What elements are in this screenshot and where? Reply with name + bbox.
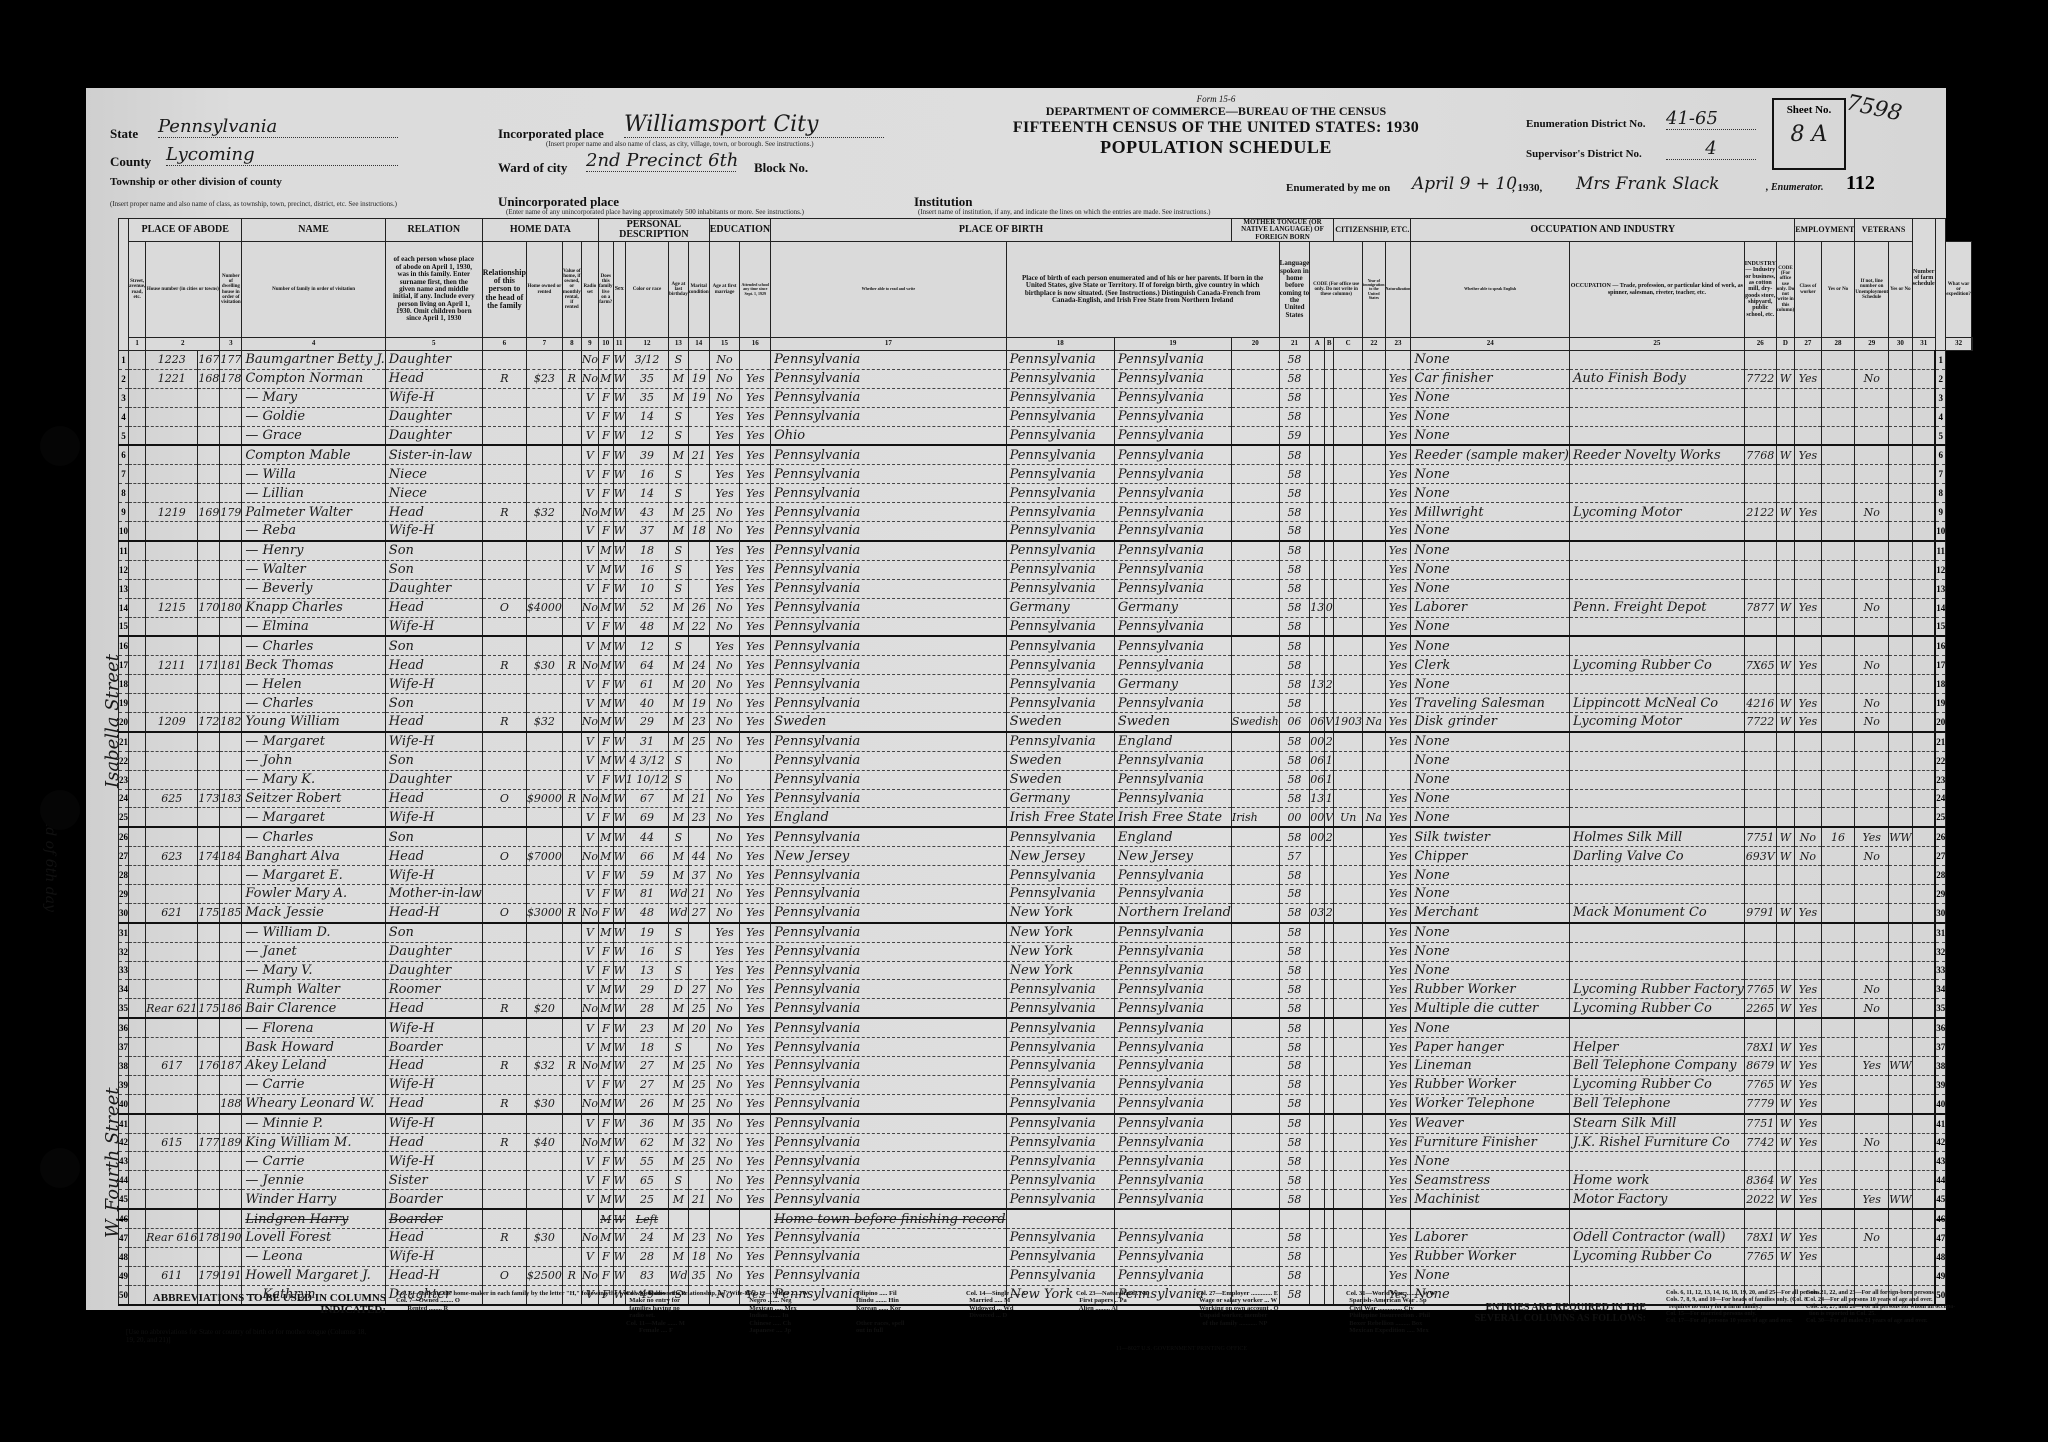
dwelling-number-cell [198,732,220,751]
farm-schedule-cell [1912,426,1935,445]
table-row: 12— WalterSonVMW16SYesYesPennsylvaniaPen… [119,560,1973,579]
house-number-cell [146,961,198,980]
home-value-cell [526,484,562,503]
age-cell: 66 [625,847,668,866]
home-owned-cell [482,426,526,445]
attended-school-cell: No [709,751,740,770]
code-c-cell: 0 [1325,598,1334,617]
birthplace-father-cell: Pennsylvania [1006,1056,1114,1075]
birthplace-person-cell: Pennsylvania [771,1247,1006,1266]
column-number: 13 [669,338,689,351]
occupation-cell: Reeder (sample maker) [1411,445,1570,464]
house-number-cell [146,1190,198,1209]
unemployment-line-cell [1821,847,1855,866]
veteran-cell [1855,1152,1889,1171]
marital-status-cell: M [669,1247,689,1266]
birthplace-father-cell: Pennsylvania [1006,522,1114,541]
immigration-year-cell [1334,942,1363,961]
sex-cell: F [598,407,613,426]
industry-cell: Lycoming Rubber Factory [1570,980,1745,999]
read-write-cell: Yes [740,1190,771,1209]
age-cell: 39 [625,445,668,464]
sex-cell: F [598,484,613,503]
column-number: 28 [1821,338,1855,351]
attended-school-cell: No [709,351,740,370]
birthplace-person-cell: Pennsylvania [771,827,1006,846]
radio-set-cell [562,1094,581,1113]
home-value-cell: $32 [526,712,562,731]
birthplace-mother-cell: Pennsylvania [1114,465,1231,484]
home-value-cell [526,961,562,980]
line-number-right: 32 [1935,942,1946,961]
township-note: (Insert proper name and also name of cla… [110,200,397,208]
read-write-cell: Yes [740,656,771,675]
class-of-worker-cell: W [1776,1056,1795,1075]
birthplace-mother-cell: Pennsylvania [1114,1229,1231,1248]
incorporated-note: (Insert proper name and also name of cla… [546,140,814,148]
birthplace-father-cell: Pennsylvania [1006,351,1114,370]
mother-tongue-cell [1231,1018,1279,1037]
read-write-cell: Yes [740,1171,771,1190]
farm-schedule-cell [1912,1171,1935,1190]
veteran-cell [1855,1209,1889,1228]
attended-school-cell: No [709,1114,740,1133]
race-cell: W [613,980,625,999]
house-number-cell: 1209 [146,712,198,731]
birthplace-person-cell: Pennsylvania [771,732,1006,751]
sex-cell: M [598,1094,613,1113]
immigration-year-cell [1334,1114,1363,1133]
veteran-cell [1855,789,1889,808]
occupation-cell: Rubber Worker [1411,1075,1570,1094]
family-number-cell [220,827,242,846]
dwelling-number-cell: 167 [198,351,220,370]
home-value-cell: $40 [526,1133,562,1152]
farm-cell: V [581,961,598,980]
radio-set-cell [562,1171,581,1190]
code-a-cell: 58 [1279,923,1310,942]
mother-tongue-cell [1231,1190,1279,1209]
code-c-cell [1325,579,1334,598]
age-first-marriage-cell [688,636,709,655]
family-number-cell: 191 [220,1266,242,1285]
farm-cell: No [581,503,598,522]
table-row: 21221168178Compton NormanHeadR$23RNoMW35… [119,369,1973,388]
enumerated-label: Enumerated by me on [1286,182,1390,194]
table-row: 141215170180Knapp CharlesHeadO$4000NoMW5… [119,598,1973,617]
line-number: 29 [119,884,129,903]
read-write-cell: Yes [740,598,771,617]
header-age: Age at last birthday [669,242,689,338]
table-row: 5— GraceDaughterVFW12SYesYesOhioPennsylv… [119,426,1973,445]
attended-school-cell: No [709,598,740,617]
relationship-cell: Daughter [385,426,482,445]
immigration-year-cell [1334,484,1363,503]
veteran-cell [1855,675,1889,694]
street-cell [129,484,146,503]
mother-tongue-cell [1231,1266,1279,1285]
veteran-cell: No [1855,656,1889,675]
header-house-number: House number (in cities or towns) [146,242,220,338]
farm-schedule-cell [1912,522,1935,541]
naturalization-cell [1363,923,1385,942]
code-c-cell [1325,999,1334,1018]
code-c-cell [1325,694,1334,713]
industry-cell [1570,351,1745,370]
industry-cell: Bell Telephone Company [1570,1056,1745,1075]
family-number-cell: 189 [220,1133,242,1152]
house-number-cell [146,808,198,827]
immigration-year-cell [1334,1038,1363,1057]
marital-status-cell: S [669,827,689,846]
veteran-cell [1855,866,1889,885]
code-a-cell: 59 [1279,426,1310,445]
birthplace-father-cell: Pennsylvania [1006,1190,1114,1209]
age-cell: 40 [625,694,668,713]
farm-schedule-cell [1912,980,1935,999]
code-c-cell [1325,980,1334,999]
birthplace-person-cell: Pennsylvania [771,484,1006,503]
line-number: 7 [119,465,129,484]
column-number: 26 [1744,338,1776,351]
line-number-right: 2 [1935,369,1946,388]
block-label: Block No. [754,160,808,176]
code-d-cell: 7877 [1744,598,1776,617]
table-row: 29Fowler Mary A.Mother-in-lawVFW81Wd21No… [119,884,1973,903]
dwelling-number-cell [198,808,220,827]
street-cell [129,884,146,903]
birthplace-mother-cell: Pennsylvania [1114,1056,1231,1075]
birthplace-father-cell: Sweden [1006,770,1114,789]
at-work-cell [1795,617,1821,636]
street-cell [129,942,146,961]
occupation-cell: None [1411,751,1570,770]
veteran-cell [1855,636,1889,655]
dwelling-number-cell [198,465,220,484]
home-owned-cell: R [482,1133,526,1152]
dwelling-number-cell: 179 [198,1266,220,1285]
table-row: 24625173183Seitzer RobertHeadO$9000RNoMW… [119,789,1973,808]
binder-hole [40,426,80,466]
age-cell: 35 [625,388,668,407]
unemployment-line-cell [1821,407,1855,426]
mother-tongue-cell [1231,636,1279,655]
age-cell: 29 [625,712,668,731]
dwelling-number-cell [198,866,220,885]
binder-hole [40,1148,80,1188]
relationship-cell: Son [385,694,482,713]
class-of-worker-cell [1776,1018,1795,1037]
birthplace-father-cell: Pennsylvania [1006,1075,1114,1094]
line-number: 38 [119,1056,129,1075]
birthplace-mother-cell: Pennsylvania [1114,617,1231,636]
occupation-cell: None [1411,1152,1570,1171]
state-label: State [110,126,138,142]
home-owned-cell [482,694,526,713]
at-work-cell: Yes [1795,980,1821,999]
unemployment-line-cell [1821,808,1855,827]
relationship-cell: Wife-H [385,732,482,751]
occupation-cell: None [1411,732,1570,751]
radio-set-cell: R [562,789,581,808]
race-cell: W [613,770,625,789]
speaks-english-cell: Yes [1385,484,1411,503]
class-of-worker-cell [1776,866,1795,885]
age-cell: 12 [625,636,668,655]
line-number-right: 19 [1935,694,1946,713]
read-write-cell: Yes [740,579,771,598]
farm-schedule-cell [1912,751,1935,770]
mother-tongue-cell [1231,598,1279,617]
street-cell [129,617,146,636]
race-cell: W [613,827,625,846]
speaks-english-cell: Yes [1385,1133,1411,1152]
veteran-cell: No [1855,694,1889,713]
age-first-marriage-cell: 23 [688,808,709,827]
at-work-cell: Yes [1795,445,1821,464]
dwelling-number-cell [198,1209,220,1228]
code-a-cell: 58 [1279,407,1310,426]
enumeration-district-label: Enumeration District No. [1526,118,1645,130]
house-number-cell [146,675,198,694]
naturalization-cell [1363,827,1385,846]
relationship-cell: Head [385,369,482,388]
column-number: 19 [1114,338,1231,351]
person-name-cell: Wheary Leonard W. [242,1094,385,1113]
footer-col31: Col. 31—World War .......... WW Spanish-… [1346,1290,1436,1335]
marital-status-cell: M [669,1133,689,1152]
immigration-year-cell [1334,445,1363,464]
sex-cell: F [598,1247,613,1266]
person-name-cell: — Margaret [242,808,385,827]
home-owned-cell [482,541,526,560]
dwelling-number-cell: 175 [198,999,220,1018]
speaks-english-cell [1385,770,1411,789]
farm-schedule-cell [1912,465,1935,484]
home-value-cell [526,866,562,885]
industry-cell [1570,789,1745,808]
veteran-cell [1855,1171,1889,1190]
mother-tongue-cell [1231,1247,1279,1266]
birthplace-mother-cell: Pennsylvania [1114,579,1231,598]
dwelling-number-cell: 173 [198,789,220,808]
marital-status-cell: M [669,503,689,522]
naturalization-cell [1363,1209,1385,1228]
read-write-cell: Yes [740,503,771,522]
immigration-year-cell [1334,560,1363,579]
class-of-worker-cell: W [1776,999,1795,1018]
class-of-worker-cell [1776,388,1795,407]
column-number: 5 [385,338,482,351]
war-cell [1889,903,1913,922]
mother-tongue-cell [1231,675,1279,694]
relationship-cell: Niece [385,484,482,503]
house-number-cell [146,923,198,942]
dwelling-number-cell [198,484,220,503]
relationship-cell: Wife-H [385,866,482,885]
speaks-english-cell: Yes [1385,445,1411,464]
at-work-cell [1795,579,1821,598]
dwelling-number-cell [198,942,220,961]
industry-cell: Mack Monument Co [1570,903,1745,922]
veteran-cell [1855,1094,1889,1113]
home-value-cell [526,541,562,560]
dwelling-number-cell [198,541,220,560]
read-write-cell: Yes [740,789,771,808]
street-cell [129,351,146,370]
speaks-english-cell: Yes [1385,827,1411,846]
marital-status-cell: S [669,465,689,484]
farm-schedule-cell [1912,675,1935,694]
house-number-cell [146,388,198,407]
house-number-cell: 1219 [146,503,198,522]
veteran-cell [1855,407,1889,426]
attended-school-cell: No [709,827,740,846]
read-write-cell: Yes [740,369,771,388]
unemployment-line-cell [1821,484,1855,503]
line-number: 2 [119,369,129,388]
enumerated-date: April 9 + 10 [1412,174,1517,194]
industry-cell [1570,751,1745,770]
radio-set-cell [562,1133,581,1152]
immigration-year-cell [1334,903,1363,922]
mother-tongue-cell [1231,923,1279,942]
unemployment-line-cell [1821,923,1855,942]
street-cell [129,636,146,655]
attended-school-cell: No [709,1152,740,1171]
war-cell [1889,1075,1913,1094]
street-cell [129,866,146,885]
naturalization-cell [1363,1056,1385,1075]
read-write-cell [740,351,771,370]
house-number-cell [146,426,198,445]
speaks-english-cell: Yes [1385,617,1411,636]
industry-cell [1570,541,1745,560]
unemployment-line-cell [1821,770,1855,789]
mother-tongue-cell [1231,1171,1279,1190]
immigration-year-cell [1334,1075,1363,1094]
street-cell [129,1114,146,1133]
sex-cell: F [598,445,613,464]
column-number: 31 [1912,338,1935,351]
at-work-cell [1795,770,1821,789]
dwelling-number-cell: 175 [198,903,220,922]
read-write-cell: Yes [740,866,771,885]
relationship-cell: Boarder [385,1038,482,1057]
farm-cell: V [581,579,598,598]
home-owned-cell [482,751,526,770]
age-cell: 4 3/12 [625,751,668,770]
age-first-marriage-cell [688,484,709,503]
line-number: 36 [119,1018,129,1037]
class-of-worker-cell [1776,617,1795,636]
table-row: 21— MargaretWife-HVFW31M25NoYesPennsylva… [119,732,1973,751]
unemployment-line-cell [1821,1190,1855,1209]
age-first-marriage-cell [688,1171,709,1190]
code-c-cell [1325,1056,1334,1075]
race-cell: W [613,999,625,1018]
table-row: 47Rear 616178190Lovell ForestHeadR$30NoM… [119,1229,1973,1248]
sex-cell: F [598,388,613,407]
line-number-right: 44 [1935,1171,1946,1190]
immigration-year-cell [1334,351,1363,370]
home-value-cell [526,351,562,370]
immigration-year-cell [1334,1018,1363,1037]
unemployment-line-cell [1821,656,1855,675]
birthplace-father-cell: Pennsylvania [1006,656,1114,675]
family-number-cell [220,1038,242,1057]
relationship-cell: Daughter [385,942,482,961]
radio-set-cell [562,1075,581,1094]
attended-school-cell: No [709,732,740,751]
farm-cell: No [581,369,598,388]
line-number-right: 38 [1935,1056,1946,1075]
speaks-english-cell [1385,1209,1411,1228]
home-owned-cell: R [482,712,526,731]
race-cell: W [613,1094,625,1113]
relationship-cell: Head [385,1133,482,1152]
farm-cell: V [581,541,598,560]
birthplace-mother-cell: Pennsylvania [1114,770,1231,789]
code-a-cell: 58 [1279,884,1310,903]
family-number-cell: 181 [220,656,242,675]
code-a-cell: 58 [1279,541,1310,560]
home-value-cell: $3000 [526,903,562,922]
column-number: 20 [1231,338,1279,351]
sex-cell: F [598,1075,613,1094]
marital-status-cell: S [669,560,689,579]
header-dwelling-number: Number of dwelling house in order of vis… [220,242,242,338]
birthplace-mother-cell: Pennsylvania [1114,884,1231,903]
table-row: 15— ElminaWife-HVFW48M22NoYesPennsylvani… [119,617,1973,636]
farm-schedule-cell [1912,1038,1935,1057]
line-number: 13 [119,579,129,598]
veteran-cell: No [1855,980,1889,999]
code-a-cell: 58 [1279,827,1310,846]
table-row: 32— JanetDaughterVFW16SYesYesPennsylvani… [119,942,1973,961]
code-b-cell [1310,694,1325,713]
code-b-cell [1310,1229,1325,1248]
birthplace-father-cell: Pennsylvania [1006,1018,1114,1037]
column-number: B [1325,338,1334,351]
immigration-year-cell [1334,827,1363,846]
radio-set-cell [562,445,581,464]
farm-cell: V [581,522,598,541]
birthplace-father-cell: Pennsylvania [1006,445,1114,464]
house-number-cell: 1223 [146,351,198,370]
occupation-cell: Machinist [1411,1190,1570,1209]
home-owned-cell [482,388,526,407]
code-d-cell: 7779 [1744,1094,1776,1113]
class-of-worker-cell: W [1776,445,1795,464]
column-number: 30 [1889,338,1913,351]
birthplace-father-cell: New Jersey [1006,847,1114,866]
marital-status-cell: M [669,1229,689,1248]
war-cell [1889,369,1913,388]
war-cell [1889,751,1913,770]
person-name-cell: Banghart Alva [242,847,385,866]
radio-set-cell [562,388,581,407]
farm-schedule-cell [1912,712,1935,731]
column-number [1971,338,1972,351]
farm-schedule-cell [1912,351,1935,370]
immigration-year-cell [1334,1152,1363,1171]
veteran-cell [1855,426,1889,445]
birthplace-person-cell: Pennsylvania [771,541,1006,560]
code-b-cell [1310,351,1325,370]
person-name-cell: — Margaret [242,732,385,751]
line-number: 15 [119,617,129,636]
